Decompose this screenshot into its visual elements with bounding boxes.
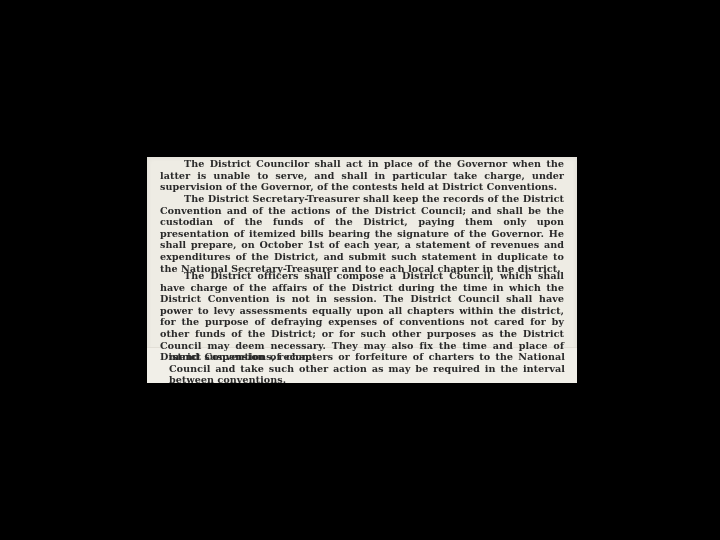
paragraph-district-councilor: The District Councilor shall act in plac… [160,159,564,194]
paragraph-continuation: mend suspension of chapters or forfeitur… [169,352,565,383]
paragraph-text: The District Secretary-Treasurer shall k… [160,194,564,275]
paragraph-district-council: The District officers shall compose a Di… [160,271,564,364]
paragraph-text: mend suspension of chapters or forfeitur… [169,352,565,383]
paragraph-text: The District officers shall compose a Di… [160,271,564,363]
paragraph-secretary-treasurer: The District Secretary-Treasurer shall k… [160,194,564,275]
paragraph-text: The District Councilor shall act in plac… [160,159,564,193]
document-clipping: The District Councilor shall act in plac… [147,157,577,383]
